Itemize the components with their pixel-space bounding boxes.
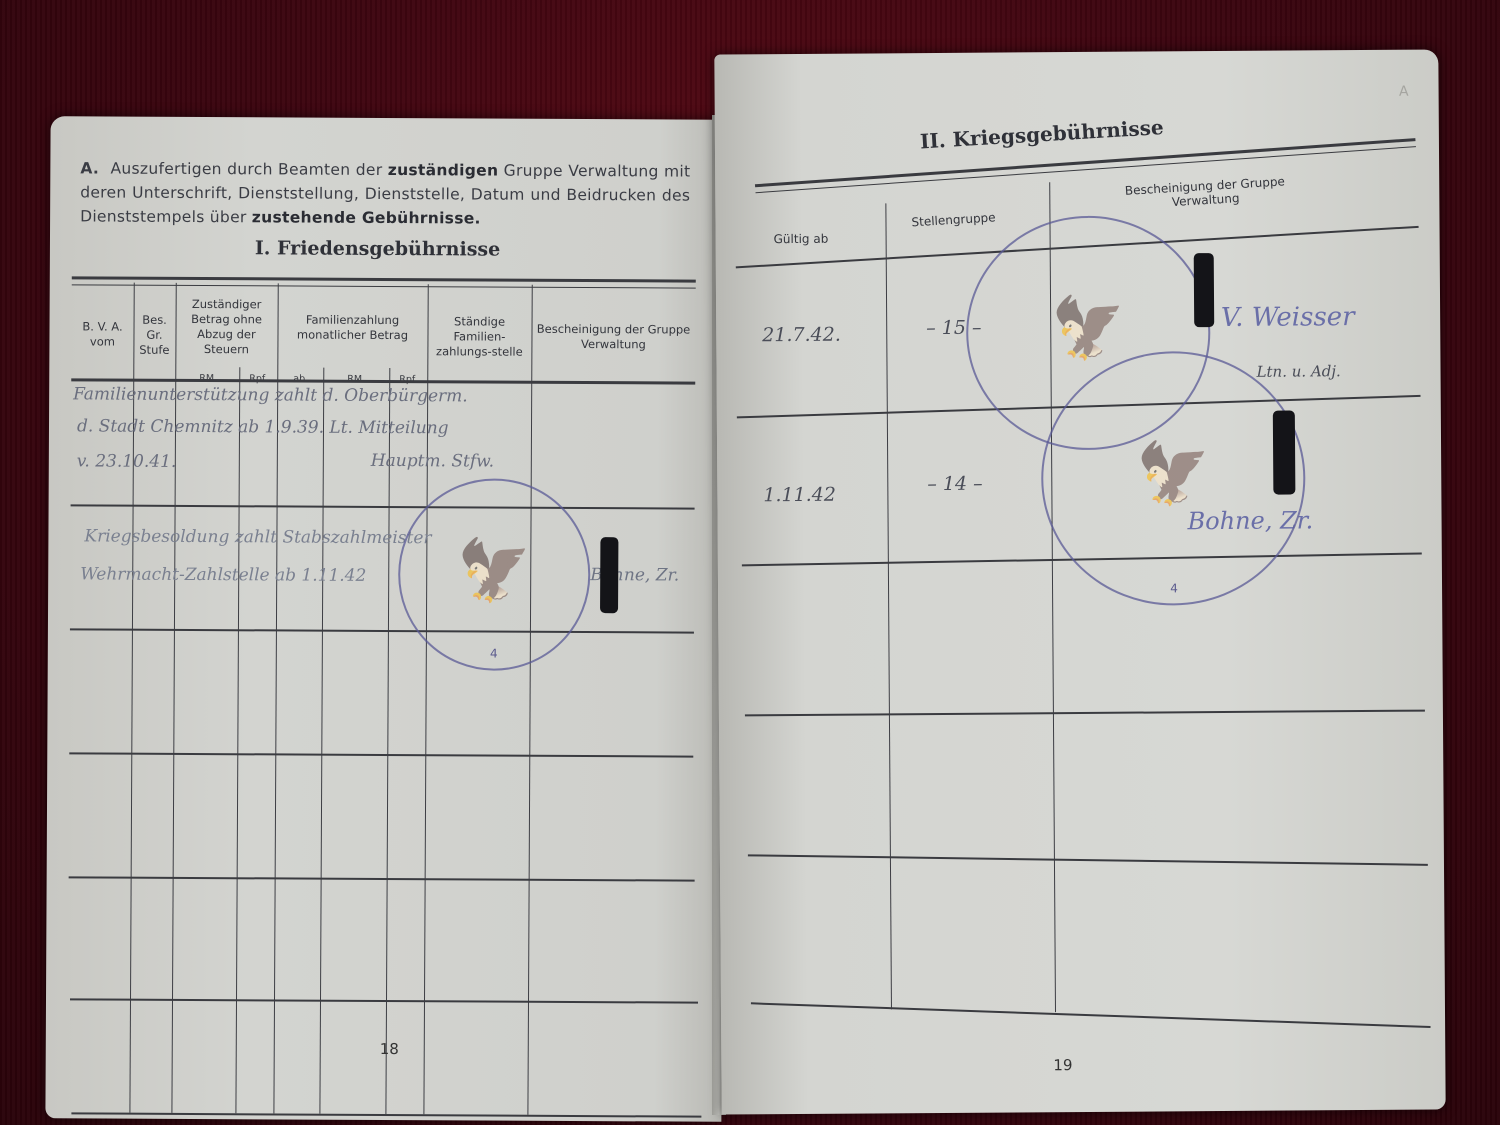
row2-stellengruppe: – 14 – xyxy=(927,473,982,495)
vline xyxy=(129,283,134,1113)
instruction-part1: Auszufertigen durch Beamten der xyxy=(110,160,382,179)
row-rule xyxy=(748,854,1428,865)
vline xyxy=(273,283,278,1113)
vline xyxy=(385,368,390,1114)
entry2-line2: Wehrmacht-Zahlstelle ab 1.11.42 xyxy=(80,564,366,585)
row-rule xyxy=(751,1002,1431,1028)
col-gueltig-ab: Gültig ab xyxy=(774,232,829,246)
redaction-bar xyxy=(1194,253,1215,327)
eagle-emblem-icon: 🦅 xyxy=(457,535,532,606)
row-rule xyxy=(745,710,1425,717)
peace-pay-table: B. V. A. vom Bes. Gr. Stufe Zuständiger … xyxy=(72,276,696,279)
row1-title: Ltn. u. Adj. xyxy=(1256,362,1340,381)
table-top-rule xyxy=(755,138,1416,193)
vline xyxy=(423,284,428,1114)
entry2-line1: Kriegsbesoldung zahlt Stabszahlmeister xyxy=(84,526,431,548)
row-rule xyxy=(71,504,695,509)
col-besgr: Bes. Gr. Stufe xyxy=(133,287,176,383)
redaction-bar xyxy=(600,537,618,613)
section-title-war: II. Kriegsgebührnisse xyxy=(919,115,1164,153)
eagle-emblem-icon: 🦅 xyxy=(1136,438,1211,510)
instruction-bold1: zuständigen xyxy=(388,161,499,180)
page-number-right: 19 xyxy=(1053,1056,1072,1074)
corner-mark: A xyxy=(1399,84,1409,100)
vline xyxy=(527,285,532,1115)
entry1-line1: Familienunterstützung zahlt d. Oberbürge… xyxy=(73,384,468,406)
col-bescheinigung: Bescheinigung der Gruppe Verwaltung xyxy=(531,289,696,386)
entry1-line2: d. Stadt Chemnitz ab 1.9.39. Lt. Mitteil… xyxy=(77,416,449,438)
official-stamp-right-2: 🦅 4 xyxy=(1040,350,1306,606)
redaction-bar xyxy=(1273,410,1296,494)
col-betrag: Zuständiger Betrag ohne Abzug der Steuer… xyxy=(175,279,278,376)
entry1-signature: Hauptm. Stfw. xyxy=(371,451,494,472)
stamp-number: 4 xyxy=(1170,581,1178,595)
vline xyxy=(171,283,176,1113)
vline xyxy=(885,203,892,1009)
row-rule xyxy=(70,998,698,1003)
section-title-peace: I. Friedensgebührnisse xyxy=(255,237,500,260)
instruction-lead: A. xyxy=(80,159,99,177)
col-stellengruppe: Stellengruppe xyxy=(911,210,996,229)
col-bva: B. V. A. vom xyxy=(71,286,134,382)
vline xyxy=(235,367,240,1113)
row-rule xyxy=(69,752,693,757)
row1-signature: i. V. Weisser xyxy=(1196,302,1355,333)
eagle-emblem-icon: 🦅 xyxy=(1051,293,1126,365)
row-rule xyxy=(71,1112,701,1117)
left-page: A. Auszufertigen durch Beamten der zustä… xyxy=(45,116,726,1122)
instruction-bold2: zustehende Gebührnisse. xyxy=(252,208,481,227)
row-rule xyxy=(70,628,694,633)
stamp-number: 4 xyxy=(490,647,498,661)
right-page: A II. Kriegsgebührnisse Gültig ab Stelle… xyxy=(714,49,1445,1114)
entry1-line3: v. 23.10.41. xyxy=(77,451,177,472)
row-rule xyxy=(69,876,695,881)
official-stamp-left: 🦅 4 xyxy=(398,478,591,671)
col-bescheinigung: Bescheinigung der Gruppe Verwaltung xyxy=(1095,173,1316,214)
col-familienzahlung: Familienzahlung monatlicher Betrag xyxy=(277,279,428,376)
page-number-left: 18 xyxy=(380,1040,399,1058)
vline xyxy=(319,368,324,1114)
row1-gueltig-ab: 21.7.42. xyxy=(762,324,841,347)
col-staendige: Ständige Familien-zahlungs-stelle xyxy=(427,288,532,385)
table-header: B. V. A. vom Bes. Gr. Stufe Zuständiger … xyxy=(71,286,695,385)
instruction-text: A. Auszufertigen durch Beamten der zustä… xyxy=(80,156,690,231)
row2-gueltig-ab: 1.11.42 xyxy=(763,484,836,507)
